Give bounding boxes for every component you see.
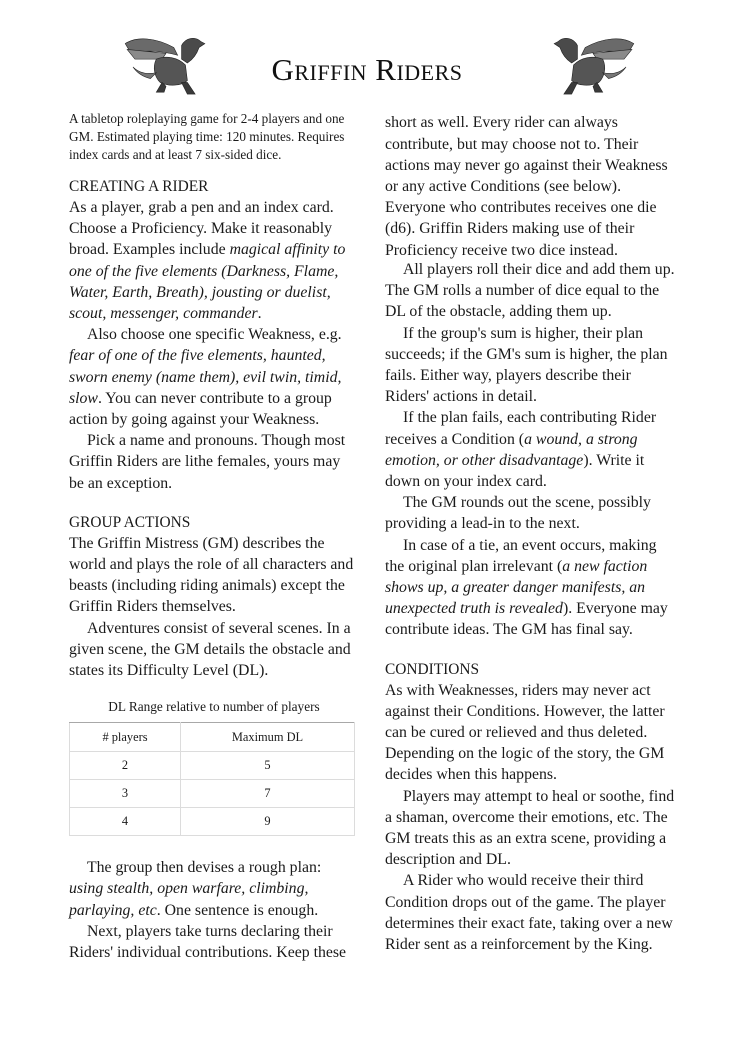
table-cell: 5 — [180, 752, 354, 780]
heading-conditions: CONDITIONS — [385, 660, 675, 680]
column-header: # players — [70, 723, 181, 752]
paragraph: As a player, grab a pen and an index car… — [69, 197, 359, 324]
table-header-row: # players Maximum DL — [70, 723, 355, 752]
paragraph-continuation-wrap: Next, players take turns declaring their… — [385, 112, 675, 259]
table-row: 3 7 — [70, 780, 355, 808]
table-row: 2 5 — [70, 752, 355, 780]
table-cell: 2 — [70, 752, 181, 780]
table-cell: 7 — [180, 780, 354, 808]
dl-range-table: # players Maximum DL 2 5 3 7 4 9 — [69, 722, 355, 836]
paragraph: The GM rounds out the scene, possibly pr… — [385, 492, 675, 534]
paragraph: If the group's sum is higher, their plan… — [385, 323, 675, 408]
paragraph: As with Weaknesses, riders may never act… — [385, 680, 675, 786]
table-caption: DL Range relative to number of players — [69, 698, 359, 716]
paragraph: In case of a tie, an event occurs, makin… — [385, 535, 675, 641]
paragraph: The group then devises a rough plan: usi… — [69, 857, 359, 921]
right-column: Next, players take turns declaring their… — [385, 112, 675, 955]
paragraph: Also choose one specific Weakness, e.g. … — [69, 324, 359, 430]
intro-text: A tabletop roleplaying game for 2-4 play… — [69, 110, 359, 164]
paragraph: The Griffin Mistress (GM) describes the … — [69, 533, 359, 618]
heading-group-actions: GROUP ACTIONS — [69, 513, 359, 533]
column-header: Maximum DL — [180, 723, 354, 752]
table-cell: 4 — [70, 808, 181, 836]
paragraph: Adventures consist of several scenes. In… — [69, 618, 359, 682]
page-header: Griffin Riders — [0, 0, 734, 110]
paragraph: If the plan fails, each contributing Rid… — [385, 407, 675, 492]
heading-creating-a-rider: CREATING A RIDER — [69, 177, 359, 197]
table-cell: 9 — [180, 808, 354, 836]
paragraph-continued: Next, players take turns declaring their… — [69, 921, 359, 963]
paragraph: All players roll their dice and add them… — [385, 259, 675, 323]
paragraph: A Rider who would receive their third Co… — [385, 870, 675, 955]
table-row: 4 9 — [70, 808, 355, 836]
paragraph: Players may attempt to heal or soothe, f… — [385, 786, 675, 871]
table-cell: 3 — [70, 780, 181, 808]
left-column: A tabletop roleplaying game for 2-4 play… — [69, 110, 359, 963]
paragraph: Pick a name and pronouns. Though most Gr… — [69, 430, 359, 494]
paragraph-continuation: Next, players take turns declaring their… — [385, 112, 675, 259]
griffin-illustration-right — [544, 30, 642, 98]
